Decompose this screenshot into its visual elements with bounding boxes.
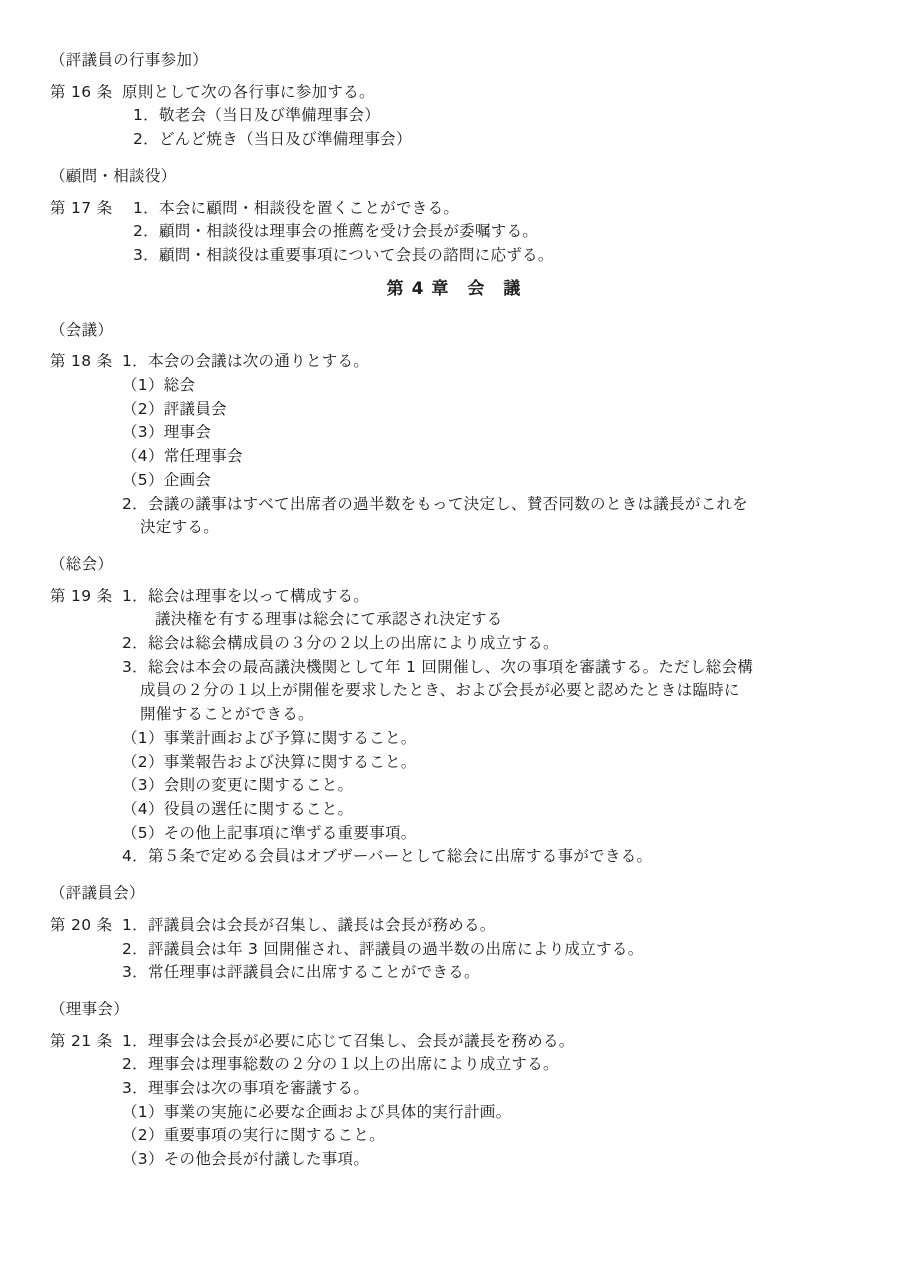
article-line: 決定する。	[140, 516, 858, 540]
article-body: 1．総会は理事を以って構成する。議決権を有する理事は総会にて承認され決定する2．…	[122, 585, 858, 869]
article: 第 20 条1．評議員会は会長が召集し、議長は会長が務める。2．評議員会は年 3…	[50, 914, 858, 985]
article-line: 3．総会は本会の最高議決機関として年 1 回開催し、次の事項を審議する。ただし総…	[122, 656, 858, 680]
article: 第 21 条1．理事会は会長が必要に応じて召集し、会長が議長を務める。2．理事会…	[50, 1030, 858, 1172]
document-page: （評議員の行事参加）第 16 条原則として次の各行事に参加する。1．敬老会（当日…	[0, 0, 904, 1280]
article-line: 開催することができる。	[140, 703, 858, 727]
article-number: 第 18 条	[50, 350, 112, 374]
article-line: （1）総会	[122, 374, 858, 398]
article-line: 4．第５条で定める会員はオブザーバーとして総会に出席する事ができる。	[122, 845, 858, 869]
article-number: 第 17 条	[50, 197, 112, 221]
section-heading: （顧問・相談役）	[50, 165, 858, 189]
article-line: （1）事業計画および予算に関すること。	[122, 727, 858, 751]
article-line: （5）その他上記事項に準ずる重要事項。	[122, 822, 858, 846]
document-section: （評議員会）第 20 条1．評議員会は会長が召集し、議長は会長が務める。2．評議…	[50, 882, 858, 985]
article-line: 成員の２分の１以上が開催を要求したとき、および会長が必要と認めたときは臨時に	[140, 679, 858, 703]
article-line: 2．顧問・相談役は理事会の推薦を受け会長が委嘱する。	[133, 220, 858, 244]
section-heading: （会議）	[50, 319, 858, 343]
article-line: （2）評議員会	[122, 398, 858, 422]
article-body: 1．本会に顧問・相談役を置くことができる。2．顧問・相談役は理事会の推薦を受け会…	[122, 197, 858, 268]
article: 第 17 条1．本会に顧問・相談役を置くことができる。2．顧問・相談役は理事会の…	[50, 197, 858, 268]
article-number: 第 20 条	[50, 914, 112, 938]
article-line: （1）事業の実施に必要な企画および具体的実行計画。	[122, 1101, 858, 1125]
article-line: （4）常任理事会	[122, 445, 858, 469]
article-line: 2．評議員会は年 3 回開催され、評議員の過半数の出席により成立する。	[122, 938, 858, 962]
article-line: 2．総会は総会構成員の３分の２以上の出席により成立する。	[122, 632, 858, 656]
article-line: 3．理事会は次の事項を審議する。	[122, 1077, 858, 1101]
document-section: （理事会）第 21 条1．理事会は会長が必要に応じて召集し、会長が議長を務める。…	[50, 998, 858, 1172]
article: 第 19 条1．総会は理事を以って構成する。議決権を有する理事は総会にて承認され…	[50, 585, 858, 869]
article-line: （3）会則の変更に関すること。	[122, 774, 858, 798]
article: 第 18 条1．本会の会議は次の通りとする。（1）総会（2）評議員会（3）理事会…	[50, 350, 858, 540]
article-number: 第 16 条	[50, 81, 112, 105]
article-line: 2．どんど焼き（当日及び準備理事会）	[133, 128, 858, 152]
article-line: （3）理事会	[122, 421, 858, 445]
article-body: 1．理事会は会長が必要に応じて召集し、会長が議長を務める。2．理事会は理事総数の…	[122, 1030, 858, 1172]
article-line: 3．常任理事は評議員会に出席することができる。	[122, 961, 858, 985]
article-line: 1．理事会は会長が必要に応じて召集し、会長が議長を務める。	[122, 1030, 858, 1054]
article-line: （5）企画会	[122, 469, 858, 493]
article-line: 2．理事会は理事総数の２分の１以上の出席により成立する。	[122, 1053, 858, 1077]
article-line: 1．本会に顧問・相談役を置くことができる。	[133, 197, 858, 221]
article-line: 1．本会の会議は次の通りとする。	[122, 350, 858, 374]
article-line: （2）重要事項の実行に関すること。	[122, 1124, 858, 1148]
article-line: （3）その他会長が付議した事項。	[122, 1148, 858, 1172]
article-line: 3．顧問・相談役は重要事項について会長の諮問に応ずる。	[133, 244, 858, 268]
document-section: （総会）第 19 条1．総会は理事を以って構成する。議決権を有する理事は総会にて…	[50, 553, 858, 869]
section-heading: （理事会）	[50, 998, 858, 1022]
article-line: 議決権を有する理事は総会にて承認され決定する	[155, 608, 858, 632]
section-heading: （評議員の行事参加）	[50, 49, 858, 73]
article-body: 1．本会の会議は次の通りとする。（1）総会（2）評議員会（3）理事会（4）常任理…	[122, 350, 858, 540]
document-section: （会議）第 18 条1．本会の会議は次の通りとする。（1）総会（2）評議員会（3…	[50, 319, 858, 540]
article-body: 原則として次の各行事に参加する。1．敬老会（当日及び準備理事会）2．どんど焼き（…	[122, 81, 858, 152]
article-line: 1．総会は理事を以って構成する。	[122, 585, 858, 609]
article-line: 1．評議員会は会長が召集し、議長は会長が務める。	[122, 914, 858, 938]
article-body: 1．評議員会は会長が召集し、議長は会長が務める。2．評議員会は年 3 回開催され…	[122, 914, 858, 985]
article-line: 2．会議の議事はすべて出席者の過半数をもって決定し、賛否同数のときは議長がこれを	[122, 493, 858, 517]
section-heading: （総会）	[50, 553, 858, 577]
article-line: 1．敬老会（当日及び準備理事会）	[133, 104, 858, 128]
chapter-title: 第 4 章 会 議	[50, 277, 858, 301]
section-heading: （評議員会）	[50, 882, 858, 906]
article-line: （2）事業報告および決算に関すること。	[122, 751, 858, 775]
article-line: 原則として次の各行事に参加する。	[122, 81, 858, 105]
article-number: 第 21 条	[50, 1030, 112, 1054]
article-number: 第 19 条	[50, 585, 112, 609]
document-section: （顧問・相談役）第 17 条1．本会に顧問・相談役を置くことができる。2．顧問・…	[50, 165, 858, 268]
document-section: （評議員の行事参加）第 16 条原則として次の各行事に参加する。1．敬老会（当日…	[50, 49, 858, 152]
article-line: （4）役員の選任に関すること。	[122, 798, 858, 822]
article: 第 16 条原則として次の各行事に参加する。1．敬老会（当日及び準備理事会）2．…	[50, 81, 858, 152]
